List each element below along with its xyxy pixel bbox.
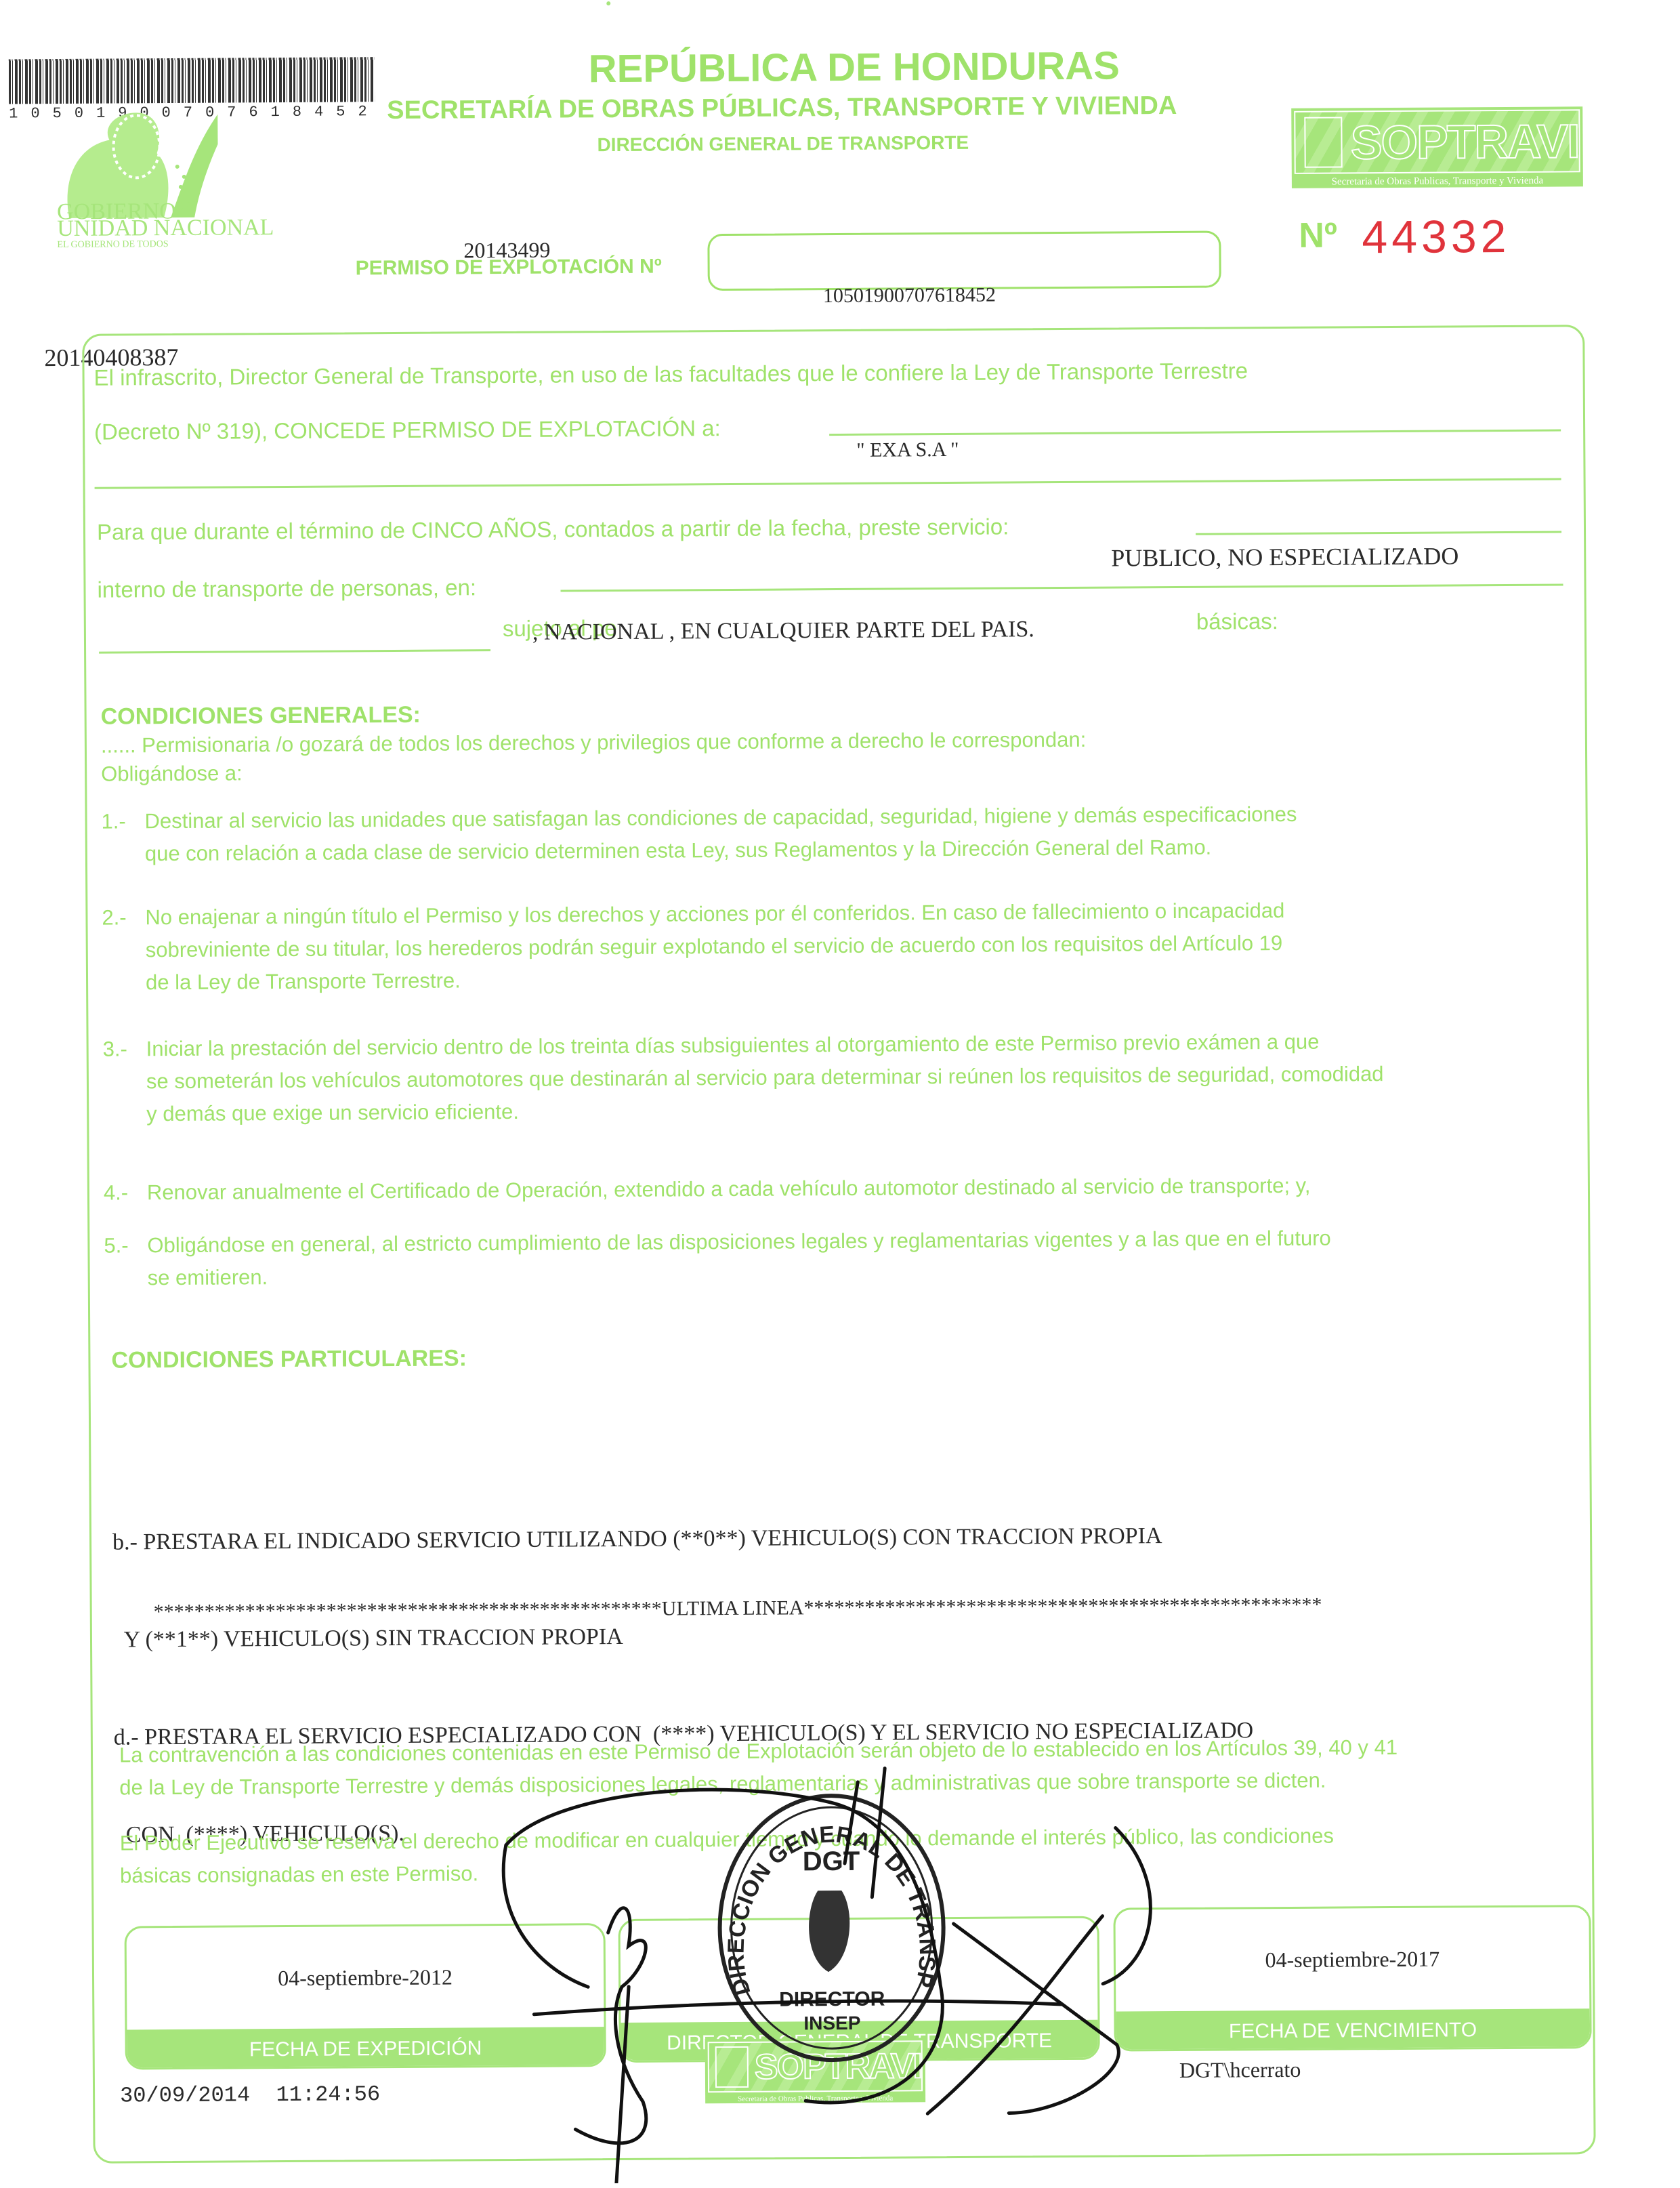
service-type: PUBLICO, NO ESPECIALIZADO	[1111, 541, 1458, 572]
permit-code: 10501900707618452	[823, 284, 996, 308]
condition-2: 2.-No enajenar a ningún título el Permis…	[102, 892, 1566, 999]
country-title: REPÚBLICA DE HONDURAS	[0, 39, 1674, 95]
condition-1: 1.-Destinar al servicio las unidades que…	[101, 796, 1565, 870]
transport-line: interno de transporte de personas, en:	[97, 575, 476, 602]
gov-logo-line2: UNIDAD NACIONAL	[57, 215, 274, 242]
gov-logo-line3: EL GOBIERNO DE TODOS	[57, 239, 168, 251]
permit-document: 10501900707618452 GOBIERNODE UNIDAD NACI…	[0, 0, 1680, 2188]
general-conditions-heading: CONDICIONES GENERALES:	[101, 702, 421, 730]
general-conditions-intro: ...... Permisionaria /o gozará de todos …	[101, 724, 1087, 762]
grantee-name: " EXA S.A "	[856, 438, 959, 462]
obliged-label: Obligándose a:	[101, 757, 243, 790]
director-box-wrap	[606, 1, 610, 5]
particular-conditions-heading: CONDICIONES PARTICULARES:	[111, 1345, 467, 1374]
handwritten-signature	[451, 1760, 1199, 2185]
document-number-label: Nº	[1299, 215, 1337, 255]
soptravi-logo: SOPTRAVI Secretaria de Obras Publicas, T…	[1291, 106, 1583, 188]
document-number: 44332	[1362, 210, 1511, 264]
condition-3: 3.-Iniciar la prestación del servicio de…	[103, 1024, 1567, 1130]
coverage-suffix: básicas:	[1196, 608, 1278, 635]
condition-5: 5.-Obligándose en general, al estricto c…	[104, 1220, 1568, 1294]
permit-number-field	[707, 231, 1221, 291]
print-timestamp: 30/09/2014 11:24:56	[120, 2082, 380, 2108]
intro-line-2: (Decreto Nº 319), CONCEDE PERMISO DE EXP…	[94, 415, 721, 445]
direction-title: DIRECCIÓN GENERAL DE TRANSPORTE	[597, 132, 969, 156]
permit-label: PERMISO DE EXPLOTACIÓN Nº	[356, 255, 662, 281]
soptravi-emblem-icon	[1304, 117, 1343, 168]
coverage: , NACIONAL , EN CUALQUIER PARTE DEL PAIS…	[532, 617, 1034, 646]
ministry-title: SECRETARÍA DE OBRAS PÚBLICAS, TRANSPORTE…	[387, 91, 1177, 125]
